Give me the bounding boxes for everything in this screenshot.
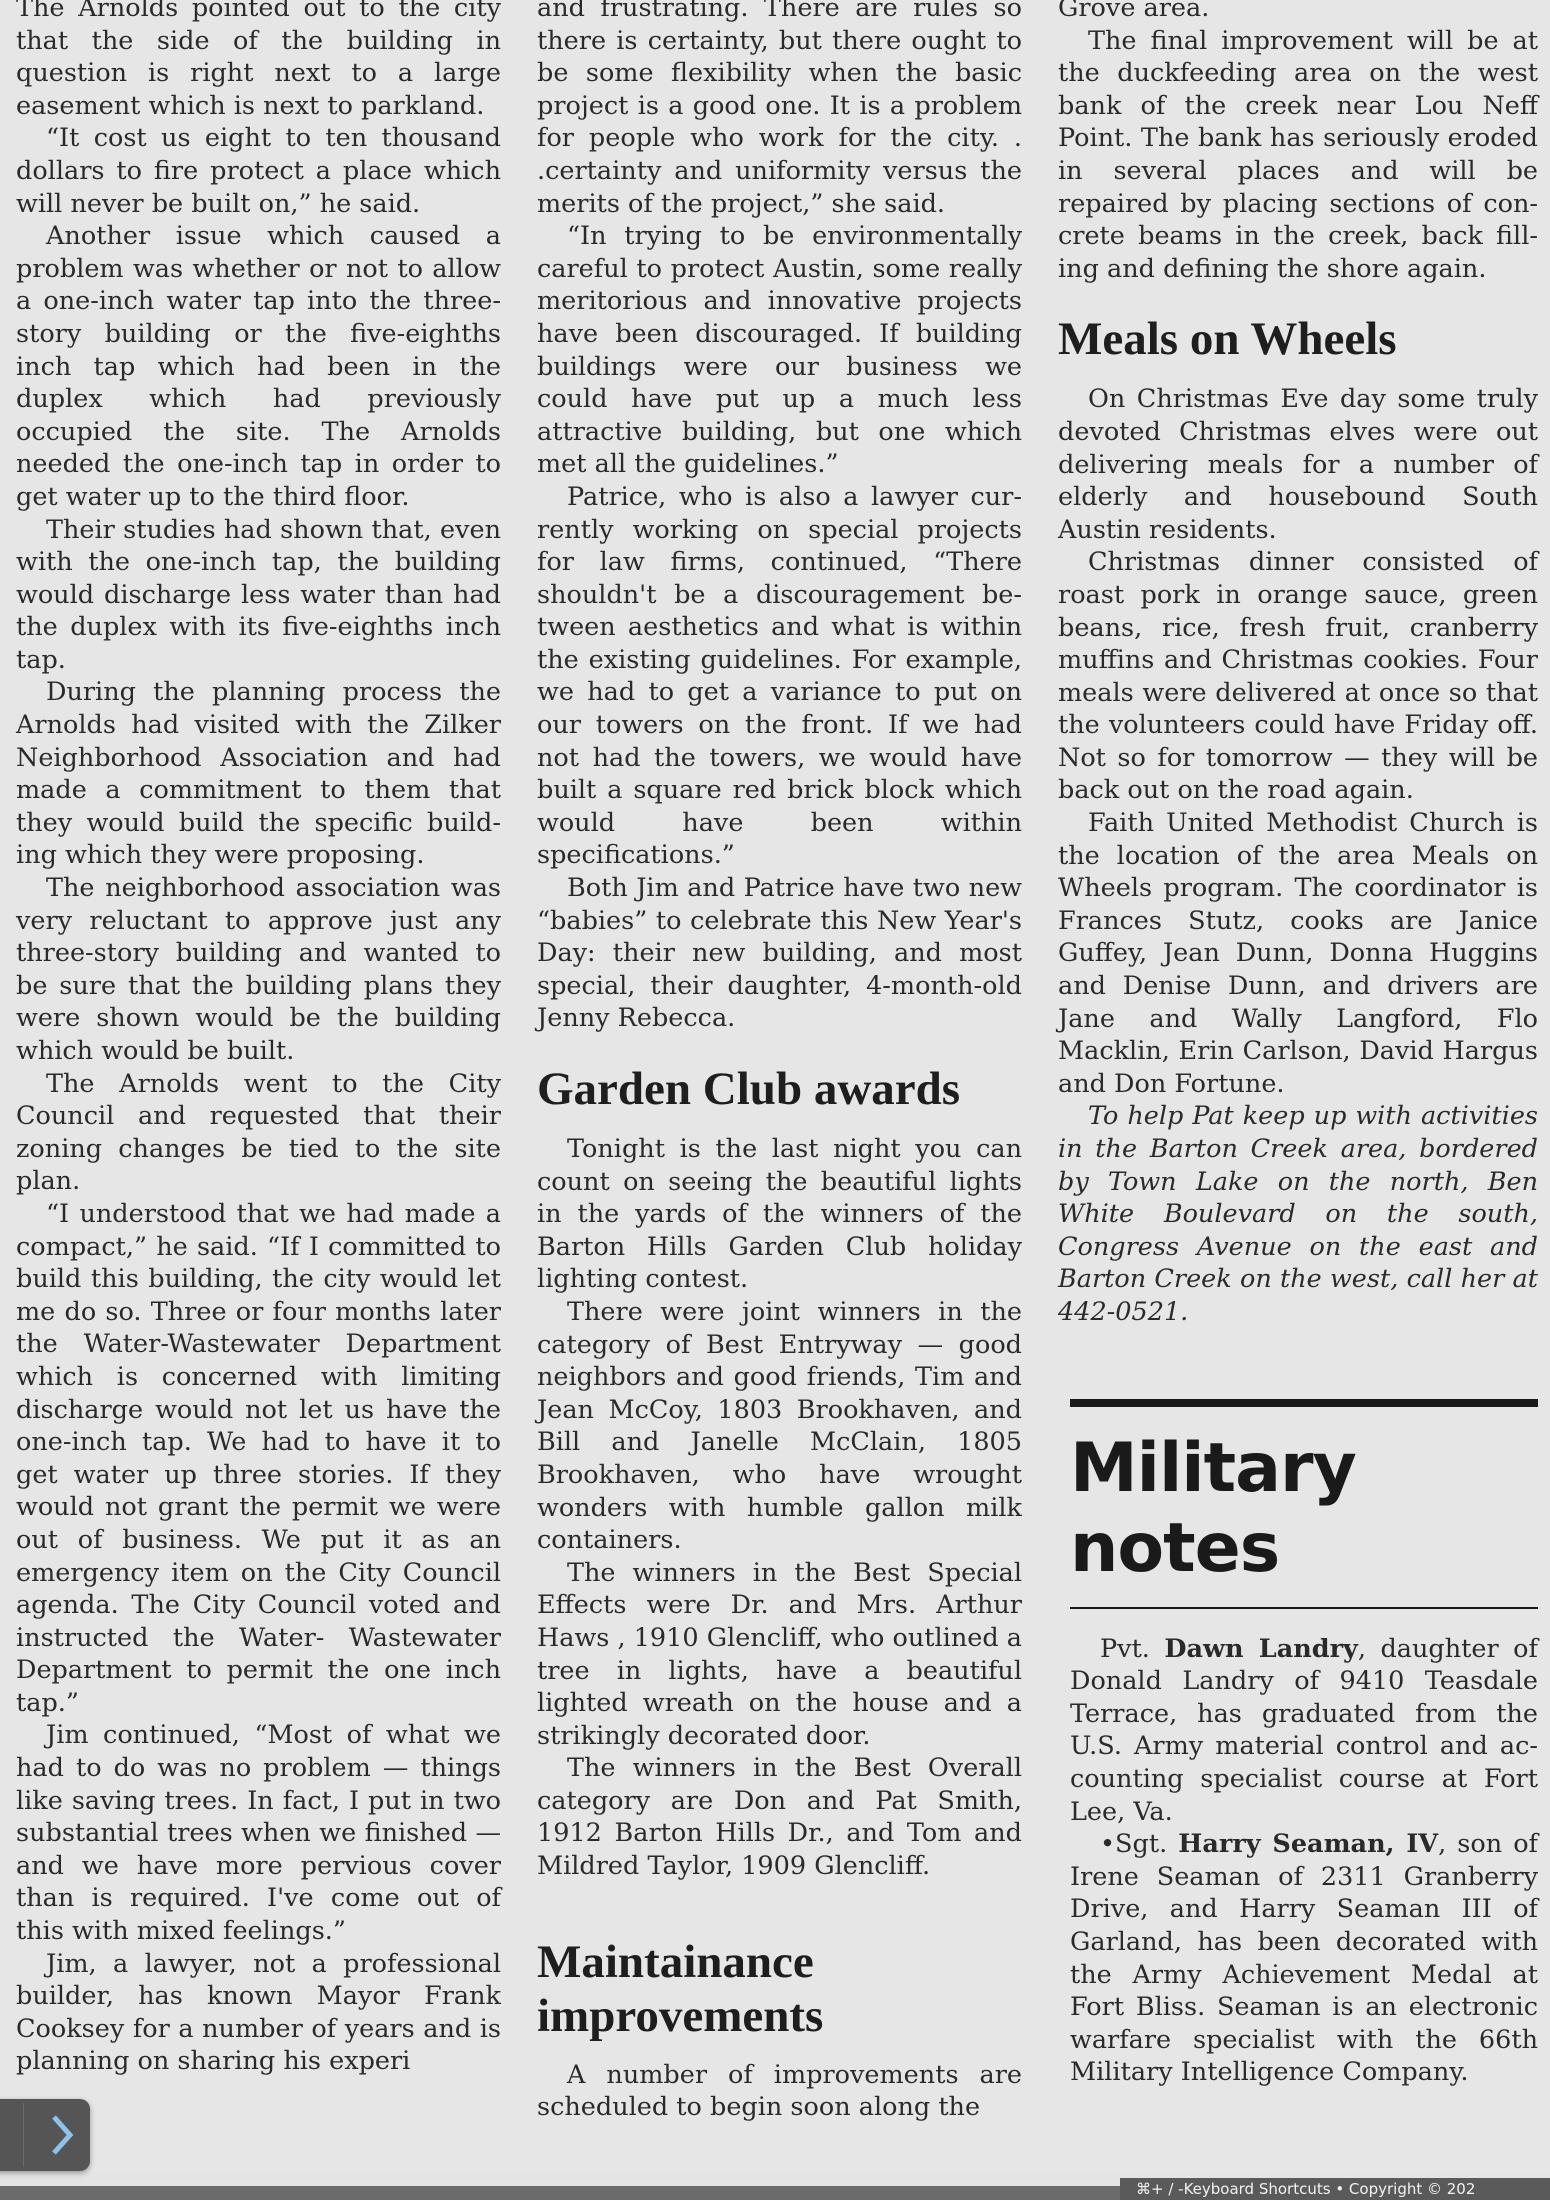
article-paragraph: Both Jim and Patrice have two new “babie…: [537, 872, 1022, 1035]
person-name: Dawn Landry: [1164, 1634, 1357, 1664]
article-paragraph: The Arnolds pointed out to the city that…: [16, 0, 501, 122]
column-2: and frustrating. There are rules so ther…: [537, 0, 1022, 2124]
article-paragraph: Another issue which caused a problem was…: [16, 220, 501, 513]
article-paragraph: Grove area.: [1058, 0, 1538, 25]
person-name: Harry Seaman, IV: [1178, 1829, 1438, 1859]
article-paragraph: Patrice, who is also a lawyer cur­rently…: [537, 481, 1022, 872]
article-paragraph: “In trying to be environmentally careful…: [537, 220, 1022, 481]
contact-note: To help Pat keep up with activi­ties in …: [1058, 1100, 1538, 1328]
maintenance-heading-line1: Maintainance: [537, 1936, 814, 1988]
military-notes-section: Military notes Pvt. Dawn Landry, daughte…: [1070, 1399, 1538, 2089]
maintenance-heading-line2: improvements: [537, 1990, 823, 2042]
military-note-item: Pvt. Dawn Landry, daughter of Donald Lan…: [1070, 1633, 1538, 1829]
article-paragraph: Their studies had shown that, even with …: [16, 514, 501, 677]
next-page-button[interactable]: [0, 2099, 90, 2171]
military-heading-line2: notes: [1070, 1509, 1279, 1588]
divider: [23, 2103, 24, 2167]
article-paragraph: “It cost us eight to ten thousand dollar…: [16, 122, 501, 220]
military-notes-heading: Military notes: [1070, 1429, 1538, 1589]
military-heading-line1: Military: [1070, 1429, 1356, 1508]
article-paragraph: The Arnolds went to the City Council and…: [16, 1068, 501, 1198]
article-paragraph: Jim continued, “Most of what we had to d…: [16, 1719, 501, 1947]
garden-club-heading: Garden Club awards: [537, 1063, 1022, 1115]
article-paragraph: “I understood that we had made a compact…: [16, 1198, 501, 1720]
column-1: The Arnolds pointed out to the city that…: [16, 0, 501, 2078]
article-paragraph: The winners in the Best Overall category…: [537, 1752, 1022, 1882]
article-paragraph: During the planning process the Arnolds …: [16, 676, 501, 872]
article-paragraph: Faith United Methodist Church is the loc…: [1058, 807, 1538, 1100]
article-paragraph: There were joint winners in the category…: [537, 1296, 1022, 1557]
chevron-right-icon: [50, 2113, 74, 2157]
article-paragraph: and frustrating. There are rules so ther…: [537, 0, 1022, 220]
newspaper-page: The Arnolds pointed out to the city that…: [0, 0, 1550, 2172]
military-note-item: •Sgt. Harry Seaman, IV, son of Irene Sea…: [1070, 1828, 1538, 2089]
article-paragraph: The final improvement will be at the duc…: [1058, 25, 1538, 286]
article-paragraph: On Christmas Eve day some tru­ly devoted…: [1058, 383, 1538, 546]
shortcut-text: ⌘+ / -Keyboard Shortcuts • Copyright © 2…: [1136, 2180, 1475, 2198]
meals-on-wheels-heading: Meals on Wheels: [1058, 313, 1538, 365]
article-paragraph: Jim, a lawyer, not a professional builde…: [16, 1948, 501, 2078]
maintenance-heading: Maintainance improvements: [537, 1935, 1022, 2043]
article-paragraph: A number of improvements are scheduled t…: [537, 2059, 1022, 2124]
article-paragraph: Tonight is the last night you can count …: [537, 1133, 1022, 1296]
divider: [1070, 1607, 1538, 1609]
article-paragraph: Christmas dinner consisted of roast pork…: [1058, 546, 1538, 807]
article-paragraph: The neighborhood association was very re…: [16, 872, 501, 1068]
article-paragraph: The winners in the Best Special Effects …: [537, 1557, 1022, 1753]
column-3: Grove area. The final improvement will b…: [1058, 0, 1538, 2089]
keyboard-shortcuts-bar[interactable]: ⌘+ / -Keyboard Shortcuts • Copyright © 2…: [1120, 2178, 1550, 2200]
